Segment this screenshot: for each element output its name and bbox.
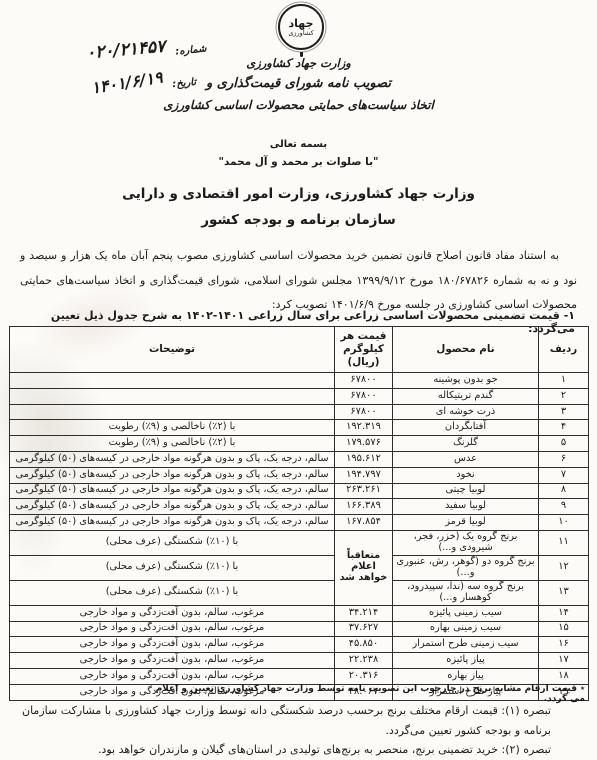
table-row: ۴آفتابگردان۱۹۲.۳۱۹با (۲٪) ناخالصی و (۹٪)… [10, 420, 589, 436]
jihad-agriculture-logo: جهاد کشاورزی [276, 4, 326, 57]
document-page: جهاد کشاورزی وزارت جهاد کشاورزی تصویب نا… [0, 0, 597, 760]
cell-notes: با (۲٪) ناخالصی و (۹٪) رطوبت [10, 436, 335, 452]
table-row: ۸لوبیا چیتی۲۶۳.۲۶۱سالم، درجه یک، پاک و ب… [10, 483, 589, 499]
cell-row-number: ۱۱ [539, 530, 589, 555]
note-2: تبصره (۲): خرید تضمینی برنج، منحصر به بر… [22, 740, 551, 760]
cell-product: گلرنگ [393, 436, 539, 452]
document-title-line2: سازمان برنامه و بودجه کشور [0, 210, 597, 230]
header-row-number: ردیف [539, 327, 589, 373]
ref-number-label: شماره: [174, 38, 207, 57]
table-row: ۳ذرت خوشه ای۶۷۸۰۰ [10, 404, 589, 420]
cell-price: ۶۷۸۰۰ [335, 373, 393, 389]
cell-notes: سالم، درجه یک، پاک و بدون هرگونه مواد خا… [10, 499, 335, 515]
table-row: ۱۵سیب زمینی بهاره۳۷.۶۲۷مرغوب، سالم، بدون… [10, 621, 589, 637]
cell-price: ۱۶۶.۳۸۹ [335, 499, 393, 515]
cell-notes: مرغوب، سالم، بدون آفت‌زدگی و مواد خارجی [10, 653, 335, 669]
cell-product: لوبیا چیتی [393, 483, 539, 499]
logo-subtitle: کشاورزی [288, 30, 313, 37]
cell-row-number: ۹ [539, 499, 589, 515]
cell-price: ۶۷۸۰۰ [335, 388, 393, 404]
cell-notes: مرغوب، سالم، بدون آفت‌زدگی و مواد خارجی [10, 621, 335, 637]
table-row: ۷نخود۱۹۴.۷۹۷سالم، درجه یک، پاک و بدون هر… [10, 467, 589, 483]
cell-price: ۱۶۷.۸۵۴ [335, 515, 393, 531]
table-row: ۱۳برنج گروه سه (ندا، سپیدرود، کوهسار و..… [10, 580, 589, 605]
cell-row-number: ۶ [539, 451, 589, 467]
cell-price: ۱۹۴.۷۹۷ [335, 467, 393, 483]
cell-notes: با (۱۰٪) شکستگی (عرف محلی) [10, 530, 335, 555]
cell-product: سیب زمینی طرح استمرار [393, 637, 539, 653]
cell-notes: سالم، درجه یک، پاک و بدون هرگونه مواد خا… [10, 467, 335, 483]
cell-product: پیاز بهاره [393, 668, 539, 684]
logo-emblem-icon: جهاد کشاورزی [278, 4, 324, 50]
cell-product: جو بدون پوشینه [393, 373, 539, 389]
cell-product: لوبیا سفید [393, 499, 539, 515]
ref-number-row: شماره: ۰۲۰/۲۱۴۵۷ [6, 40, 206, 60]
table-row: ۱۷پیاز پائیزه۲۲.۲۳۸مرغوب، سالم، بدون آفت… [10, 653, 589, 669]
cell-product: برنج گروه دو (گوهر، رش، عنبوری و...) [393, 555, 539, 580]
cell-price: ۶۷۸۰۰ [335, 404, 393, 420]
table-row: ۱۲برنج گروه دو (گوهر، رش، عنبوری و...)با… [10, 555, 589, 580]
table-row: ۱۸پیاز بهاره۲۰.۳۱۶مرغوب، سالم، بدون آفت‌… [10, 668, 589, 684]
cell-price: ۳۷.۶۲۷ [335, 621, 393, 637]
besmellah: بسمه تعالی [0, 139, 597, 150]
header-price: قیمت هر کیلوگرم (ریال) [335, 327, 393, 373]
cell-product: ذرت خوشه ای [393, 404, 539, 420]
table-row: ۱جو بدون پوشینه۶۷۸۰۰ [10, 373, 589, 389]
salawat-line: "با صلوات بر محمد و آل محمد" [0, 156, 597, 168]
header-notes: توضیحات [10, 327, 335, 373]
table-row: ۱۶سیب زمینی طرح استمرار۴۵.۸۵۰مرغوب، سالم… [10, 637, 589, 653]
header-product: نام محصول [393, 327, 539, 373]
cell-product: لوبیا قرمز [393, 515, 539, 531]
cell-price: ۳۴.۲۱۴ [335, 605, 393, 621]
cell-product: سیب زمینی پائیزه [393, 605, 539, 621]
cell-price: ۴۵.۸۵۰ [335, 637, 393, 653]
letterhead-line3: اتخاذ سیاست‌های حمایتی محصولات اساسی کشا… [0, 95, 597, 116]
cell-notes: با (۱۰٪) شکستگی (عرف محلی) [10, 580, 335, 605]
cell-row-number: ۲ [539, 388, 589, 404]
cell-notes [10, 404, 335, 420]
cell-price: ۲۶۳.۲۶۱ [335, 483, 393, 499]
cell-notes: سالم، درجه یک، پاک و بدون هرگونه مواد خا… [10, 483, 335, 499]
cell-row-number: ۱۶ [539, 637, 589, 653]
price-table-body: ۱جو بدون پوشینه۶۷۸۰۰۲گندم تریتیکاله۶۷۸۰۰… [10, 373, 589, 701]
cell-notes: مرغوب، سالم، بدون آفت‌زدگی و مواد خارجی [10, 605, 335, 621]
cell-row-number: ۱ [539, 373, 589, 389]
cell-row-number: ۸ [539, 483, 589, 499]
cell-row-number: ۷ [539, 467, 589, 483]
cell-notes: سالم، درجه یک، پاک و بدون هرگونه مواد خا… [10, 515, 335, 531]
logo-title: جهاد [289, 18, 314, 30]
cell-price-merged: متعاقباً اعلام خواهد شد [335, 530, 393, 605]
cell-price: ۱۹۵.۶۱۲ [335, 451, 393, 467]
cell-product: آفتابگردان [393, 420, 539, 436]
cell-product: سیب زمینی بهاره [393, 621, 539, 637]
cell-row-number: ۱۵ [539, 621, 589, 637]
cell-product: پیاز پائیزه [393, 653, 539, 669]
cell-price: ۲۰.۳۱۶ [335, 668, 393, 684]
table-row: ۵گلرنگ۱۷۹.۵۷۶با (۲٪) ناخالصی و (۹٪) رطوب… [10, 436, 589, 452]
table-row: ۲گندم تریتیکاله۶۷۸۰۰ [10, 388, 589, 404]
table-row: ۶عدس۱۹۵.۶۱۲سالم، درجه یک، پاک و بدون هرگ… [10, 451, 589, 467]
header-row: ردیف نام محصول قیمت هر کیلوگرم (ریال) تو… [10, 327, 589, 373]
cell-price: ۱۹۲.۳۱۹ [335, 420, 393, 436]
cell-row-number: ۳ [539, 404, 589, 420]
cell-row-number: ۴ [539, 420, 589, 436]
cell-row-number: ۱۷ [539, 653, 589, 669]
cell-row-number: ۱۰ [539, 515, 589, 531]
table-row: ۱۴سیب زمینی پائیزه۳۴.۲۱۴مرغوب، سالم، بدو… [10, 605, 589, 621]
table-row: ۹لوبیا سفید۱۶۶.۳۸۹سالم، درجه یک، پاک و ب… [10, 499, 589, 515]
cell-notes: با (۲٪) ناخالصی و (۹٪) رطوبت [10, 420, 335, 436]
ref-number-value: ۰۲۰/۲۱۴۵۷ [86, 37, 167, 64]
cell-notes: سالم، درجه یک، پاک و بدون هرگونه مواد خا… [10, 451, 335, 467]
cell-row-number: ۱۲ [539, 555, 589, 580]
cell-product: عدس [393, 451, 539, 467]
guaranteed-price-table: ردیف نام محصول قیمت هر کیلوگرم (ریال) تو… [9, 326, 589, 701]
table-row: ۱۰لوبیا قرمز۱۶۷.۸۵۴سالم، درجه یک، پاک و … [10, 515, 589, 531]
cell-row-number: ۱۴ [539, 605, 589, 621]
ref-date-label: تاریخ: [171, 72, 196, 90]
notes-block: تبصره (۱): قیمت ارقام مختلف برنج برحسب د… [22, 701, 551, 760]
intro-paragraph: به استناد مفاد قانون اصلاح قانون تضمین خ… [20, 244, 577, 318]
cell-price: ۱۷۹.۵۷۶ [335, 436, 393, 452]
document-title: وزارت جهاد کشاورزی، وزارت امور اقتصادی و… [0, 184, 597, 230]
ref-date-row: تاریخ: ۱۴۰۱/۶/۱۹ [6, 73, 206, 92]
cell-notes [10, 388, 335, 404]
cell-notes: مرغوب، سالم، بدون آفت‌زدگی و مواد خارجی [10, 637, 335, 653]
cell-row-number: ۱۳ [539, 580, 589, 605]
cell-product: نخود [393, 467, 539, 483]
cell-product: برنج گروه سه (ندا، سپیدرود، کوهسار و...) [393, 580, 539, 605]
note-1: تبصره (۱): قیمت ارقام مختلف برنج برحسب د… [22, 701, 551, 740]
table-row: ۱۱برنج گروه یک (خزر، فجر، شیرودی و...)مت… [10, 530, 589, 555]
cell-row-number: ۵ [539, 436, 589, 452]
ref-block: شماره: ۰۲۰/۲۱۴۵۷ تاریخ: ۱۴۰۱/۶/۱۹ [6, 40, 206, 92]
cell-notes: با (۱۰٪) شکستگی (عرف محلی) [10, 555, 335, 580]
cell-product: گندم تریتیکاله [393, 388, 539, 404]
price-table-head: ردیف نام محصول قیمت هر کیلوگرم (ریال) تو… [10, 327, 589, 373]
cell-notes [10, 373, 335, 389]
cell-row-number: ۱۸ [539, 668, 589, 684]
document-title-line1: وزارت جهاد کشاورزی، وزارت امور اقتصادی و… [0, 184, 597, 204]
cell-price: ۲۲.۲۳۸ [335, 653, 393, 669]
cell-notes: مرغوب، سالم، بدون آفت‌زدگی و مواد خارجی [10, 668, 335, 684]
cell-product: برنج گروه یک (خزر، فجر، شیرودی و...) [393, 530, 539, 555]
